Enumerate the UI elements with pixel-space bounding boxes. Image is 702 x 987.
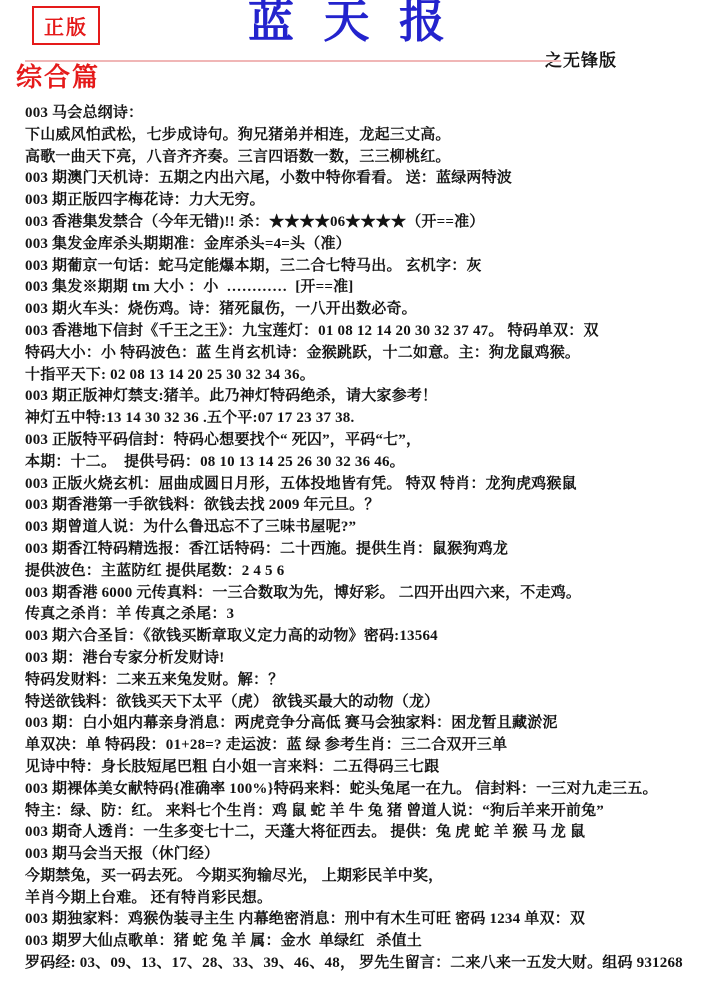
text-line: 003 马会总纲诗： bbox=[25, 103, 694, 125]
text-line: 003 期香江特码精选报：香江话特码：二十西施。提供生肖：鼠猴狗鸡龙 bbox=[25, 539, 694, 561]
text-line: 003 集发金库杀头期期准：金库杀头=4=头（准） bbox=[25, 234, 694, 256]
text-line: 003 期：白小姐内幕亲身消息：两虎竞争分高低 赛马会独家料：困龙暂且藏淤泥 bbox=[25, 713, 694, 735]
text-line: 传真之杀肖：羊 传真之杀尾：3 bbox=[25, 604, 694, 626]
text-line: 003 期独家料：鸡猴伪装寻主生 内幕绝密消息：刑中有木生可旺 密码 1234 … bbox=[25, 909, 694, 931]
text-line: 十指平天下: 02 08 13 14 20 25 30 32 34 36。 bbox=[25, 365, 694, 387]
text-line: 003 香港集发禁合（今年无错)!! 杀：★★★★06★★★★（开==准） bbox=[25, 212, 694, 234]
text-line: 003 期奇人透肖：一生多变七十二，天蓬大将征西去。 提供：兔 虎 蛇 羊 猴 … bbox=[25, 822, 694, 844]
text-line: 003 期正版神灯禁支:猪羊。此乃神灯特码绝杀，请大家参考！ bbox=[25, 386, 694, 408]
page-header: 正版 蓝 天 报 之无锋版 综合篇 bbox=[0, 0, 702, 100]
text-line: 特主：绿、防：红。 来料七个生肖：鸡 鼠 蛇 羊 牛 兔 猪 曾道人说：“狗后羊… bbox=[25, 801, 694, 823]
text-line: 高歌一曲天下亮，八音齐齐奏。三言四语数一数，三三柳桃红。 bbox=[25, 147, 694, 169]
text-line: 003 期正版四字梅花诗：力大无穷。 bbox=[25, 190, 694, 212]
section-heading: 综合篇 bbox=[16, 57, 100, 94]
document-page: 正版 蓝 天 报 之无锋版 综合篇 003 马会总纲诗： 下山威风怕武松，七步成… bbox=[0, 0, 702, 987]
text-line: 003 集发※期期 tm 大小 ：小 ………… [开==准] bbox=[25, 277, 694, 299]
text-line: 003 期曾道人说：为什么鲁迅忘不了三味书屋呢?” bbox=[25, 517, 694, 539]
text-line: 羊肖今期上台难。 还有特肖彩民想。 bbox=[25, 888, 694, 910]
text-line: 见诗中特：身长肢短尾巴粗 白小姐一言来料：二五得码三七跟 bbox=[25, 757, 694, 779]
text-line: 单双决：单 特码段：01+28=? 走运波：蓝 绿 参考生肖：三二合双开三单 bbox=[25, 735, 694, 757]
page-title: 蓝 天 报 bbox=[0, 0, 702, 49]
text-line: 003 期香港 6000 元传真料：一三合数取为先，博好彩。 二四开出四六来，不… bbox=[25, 583, 694, 605]
text-line: 特码发财料：二来五来兔发财。解：？ bbox=[25, 670, 694, 692]
text-line: 003 期：港台专家分析发财诗! bbox=[25, 648, 694, 670]
text-line: 003 正版火烧玄机：屈曲成圆日月形，五体投地皆有凭。 特双 特肖：龙狗虎鸡猴鼠 bbox=[25, 474, 694, 496]
text-line: 本期：十二。 提供号码：08 10 13 14 25 26 30 32 36 4… bbox=[25, 452, 694, 474]
text-line: 003 期香港第一手欲钱料：欲钱去找 2009 年元旦。？ bbox=[25, 495, 694, 517]
red-divider bbox=[25, 60, 561, 62]
text-line: 特码大小：小 特码波色：蓝 生肖玄机诗：金猴跳跃，十二如意。主：狗龙鼠鸡猴。 bbox=[25, 343, 694, 365]
text-line: 罗码经: 03、09、13、17、28、33、39、46、48， 罗先生留言：二… bbox=[25, 953, 694, 975]
text-line: 003 期火车头：烧伤鸡。诗：猪死鼠伤，一八开出数必奇。 bbox=[25, 299, 694, 321]
text-line: 特送欲钱料：欲钱买天下太平（虎） 欲钱买最大的动物（龙） bbox=[25, 692, 694, 714]
text-line: 今期禁兔，买一码去死。 今期买狗输尽光， 上期彩民羊中奖， bbox=[25, 866, 694, 888]
text-line: 003 正版特平码信封：特码心想要找个“ 死囚”，平码“七”， bbox=[25, 430, 694, 452]
text-line: 003 期葡京一句话：蛇马定能爆本期，三二合七特马出。 玄机字：灰 bbox=[25, 256, 694, 278]
text-line: 下山威风怕武松，七步成诗句。狗兄猪弟并相连，龙起三丈高。 bbox=[25, 125, 694, 147]
text-line: 提供波色：主蓝防红 提供尾数：2 4 5 6 bbox=[25, 561, 694, 583]
text-line: 003 香港地下信封《千王之王》：九宝莲灯：01 08 12 14 20 30 … bbox=[25, 321, 694, 343]
text-line: 003 期六合圣旨：《欲钱买断章取义定力高的动物》密码:13564 bbox=[25, 626, 694, 648]
text-line: 003 期裸体美女献特码{准确率 100%}特码来料：蛇头兔尾一在九。 信封料：… bbox=[25, 779, 694, 801]
text-line: 003 期马会当天报（休门经） bbox=[25, 844, 694, 866]
edition-label: 之无锋版 bbox=[545, 46, 617, 71]
text-line: 神灯五中特:13 14 30 32 36 .五个平:07 17 23 37 38… bbox=[25, 408, 694, 430]
content-lines: 003 马会总纲诗： 下山威风怕武松，七步成诗句。狗兄猪弟并相连，龙起三丈高。 … bbox=[0, 100, 702, 975]
text-line: 003 期罗大仙点歌单：猪 蛇 兔 羊 属：金水 单绿红 杀值土 bbox=[25, 931, 694, 953]
text-line: 003 期澳门天机诗：五期之内出六尾，小数中特你看看。 送：蓝绿两特波 bbox=[25, 168, 694, 190]
